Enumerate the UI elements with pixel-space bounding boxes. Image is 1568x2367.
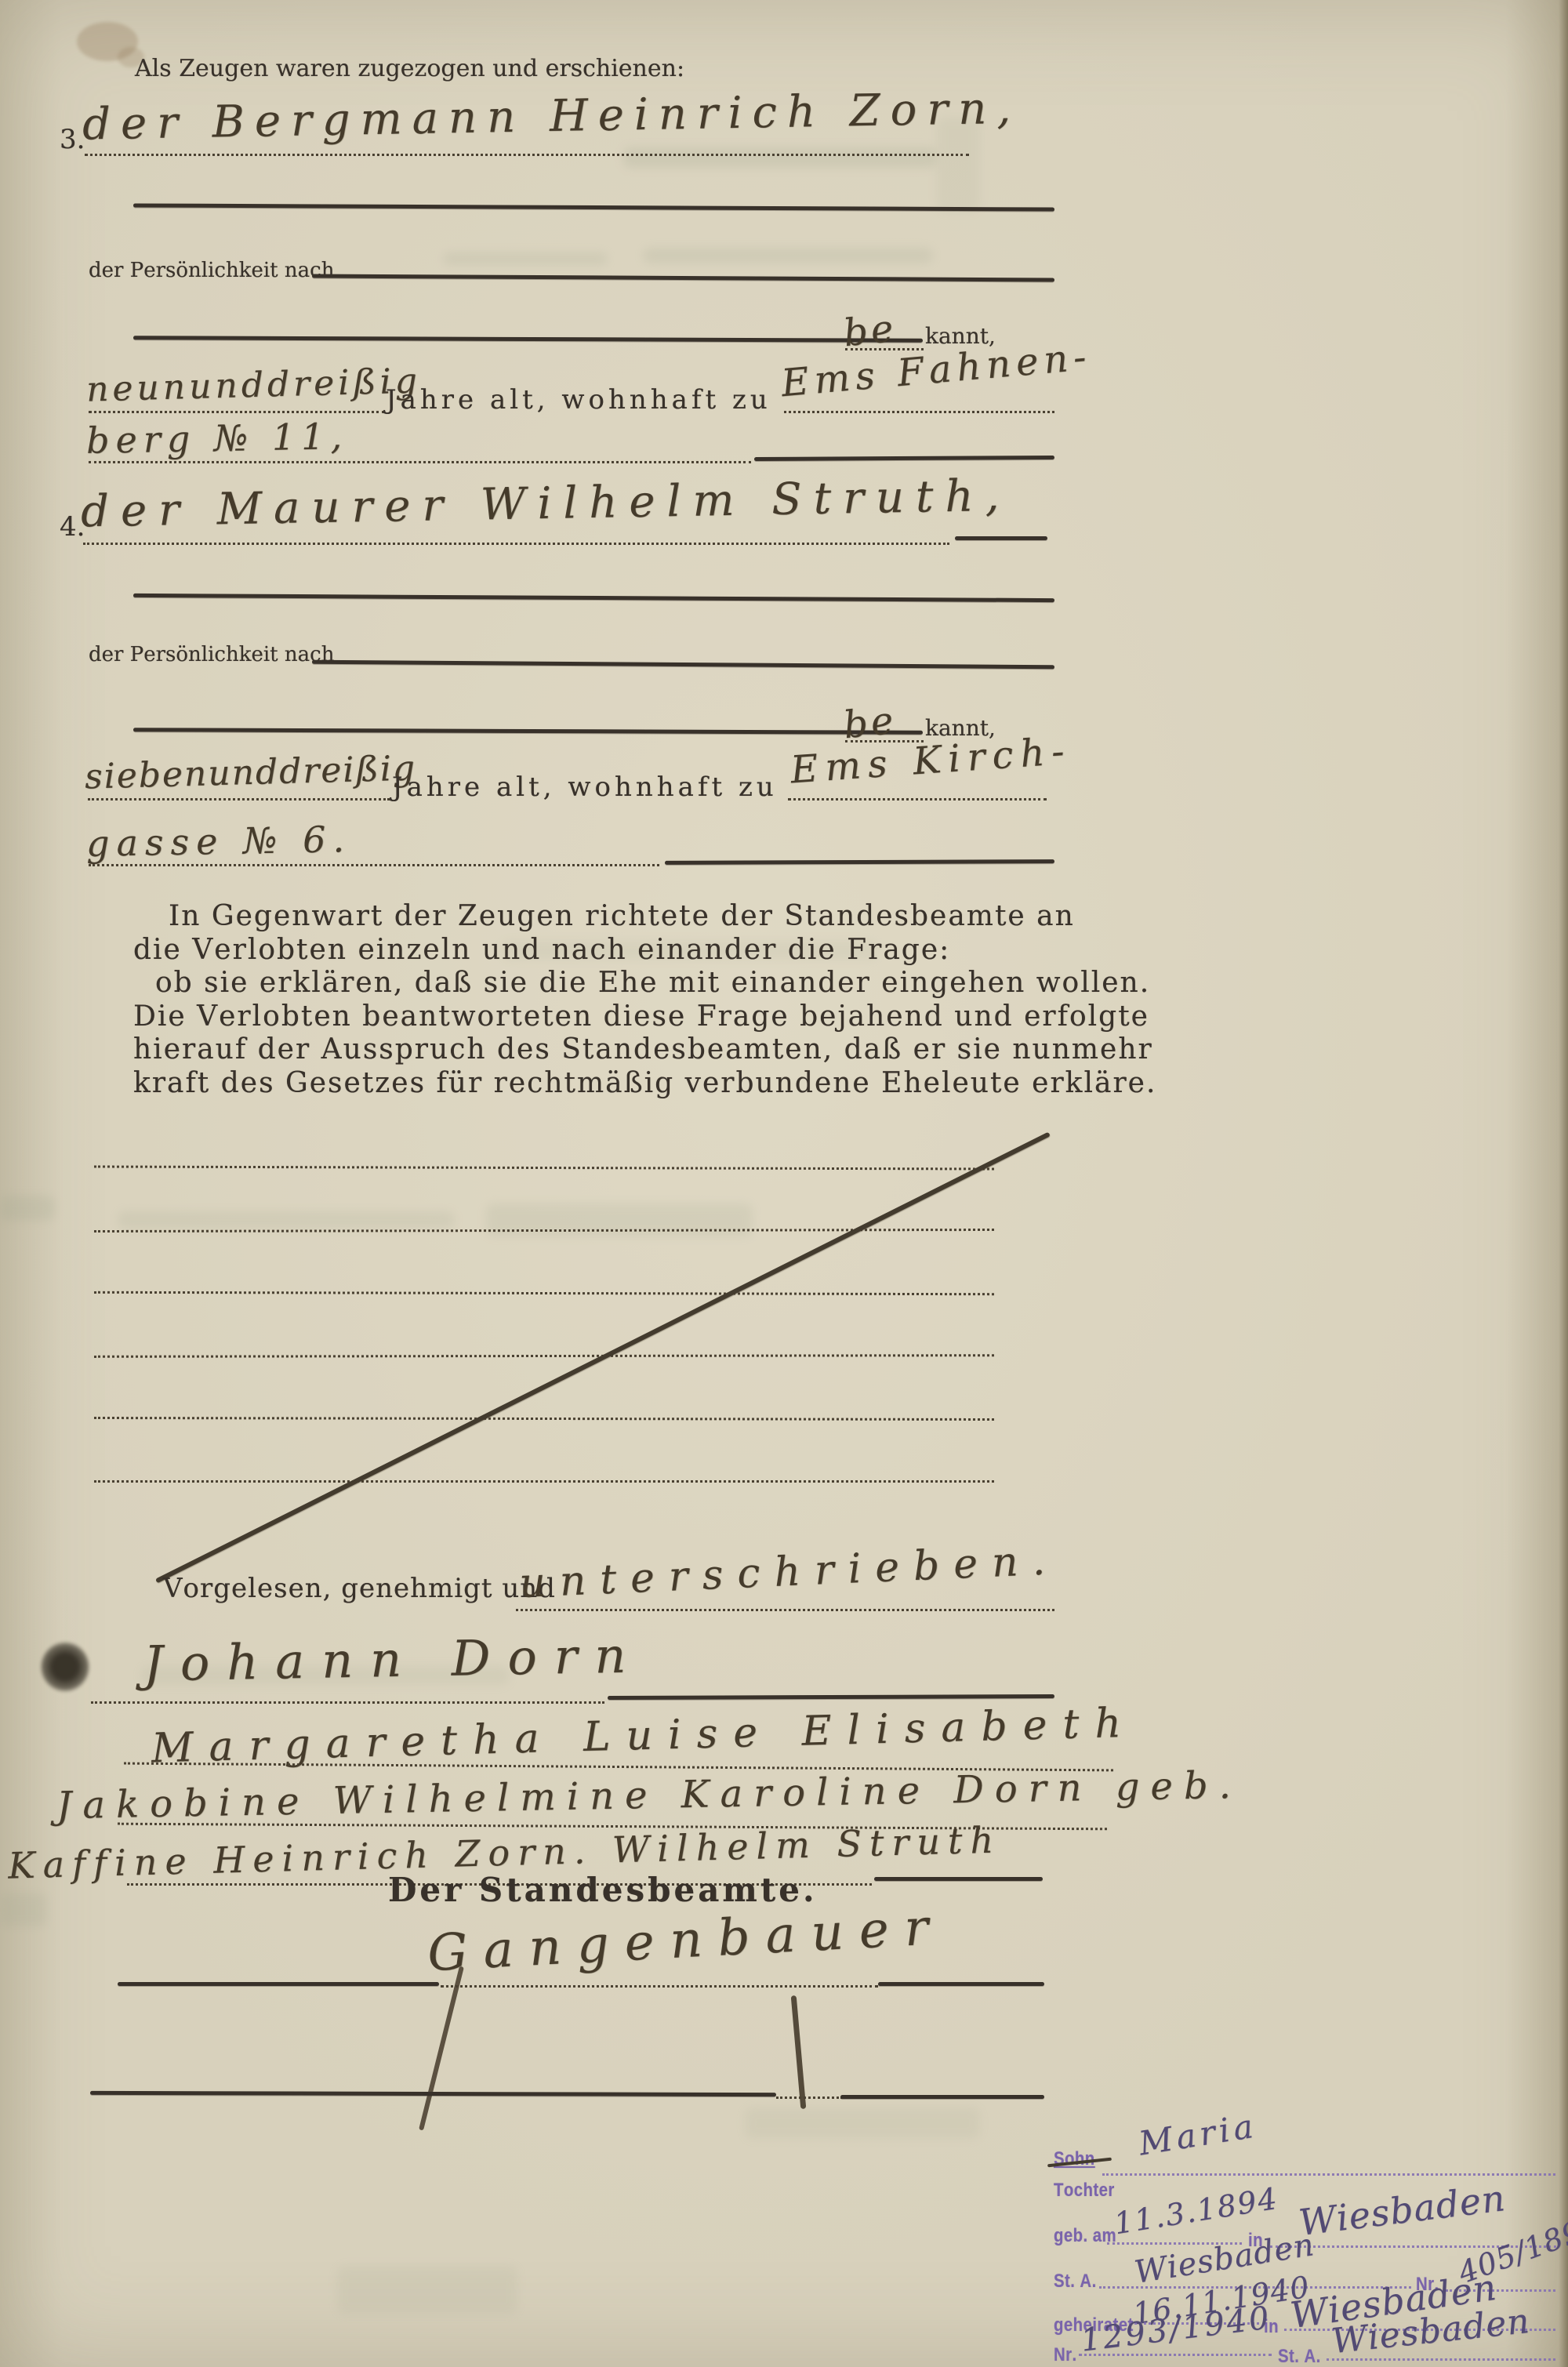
bleed-through <box>643 248 933 263</box>
closing-print: Vorgelesen, genehmigt und <box>163 1573 556 1604</box>
declaration-line: ob sie erklären, daß sie die Ehe mit ein… <box>133 967 1066 1000</box>
rule-line <box>955 536 1047 540</box>
blank-dotted-line <box>94 1165 994 1170</box>
dotted-line <box>516 1609 1054 1611</box>
witness3-name-handwriting: der Bergmann Heinrich Zorn, <box>82 83 1022 151</box>
signature-groom: Johann Dorn <box>143 1626 643 1692</box>
stamp-dotted-line <box>1327 2358 1555 2361</box>
signature-flourish-left <box>419 1966 464 2130</box>
blank-dotted-line <box>94 1480 994 1483</box>
dotted-line <box>788 798 1047 800</box>
bleed-through <box>118 1211 455 1229</box>
rule-line <box>840 2095 1044 2099</box>
witness4-identity-label: der Persönlichkeit nach <box>89 643 334 666</box>
ink-blot <box>41 1642 89 1692</box>
witness4-known-handwriting: be <box>841 699 898 748</box>
witness4-residence-handwriting: Ems Kirch- <box>789 729 1073 793</box>
dotted-line <box>441 1985 878 1988</box>
registrar-label: Der Standesbeamte. <box>388 1871 749 1909</box>
declaration-line: Die Verlobten beantworteten diese Frage … <box>133 1000 1066 1034</box>
dotted-line <box>85 154 969 156</box>
dotted-line <box>784 411 1054 413</box>
witness3-number: 3. <box>60 124 85 155</box>
declaration-line: hierauf der Ausspruch des Standesbeamten… <box>133 1033 1066 1067</box>
witness3-age-handwriting: neununddreißig <box>85 361 421 409</box>
declaration-line: In Gegenwart der Zeugen richtete der Sta… <box>133 900 1066 934</box>
dotted-line <box>89 411 385 413</box>
witness4-age-print: Jahre alt, wohnhaft zu <box>392 771 778 803</box>
rule-line <box>874 1877 1043 1881</box>
witness3-age-print: Jahre alt, wohnhaft zu <box>386 384 771 416</box>
witness-intro: Als Zeugen waren zugezogen und erschiene… <box>135 55 684 82</box>
stamp-nr2-label: Nr. <box>1054 2344 1077 2366</box>
stamp-dotted-line <box>1102 2173 1555 2176</box>
rule-line <box>133 336 923 343</box>
dotted-line <box>89 864 659 866</box>
rule-line <box>133 203 1054 211</box>
stamp-child-name-handwriting: Maria <box>1136 2106 1259 2162</box>
rule-line <box>90 2091 776 2097</box>
stamp-born-place-handwriting: Wiesbaden <box>1297 2176 1508 2244</box>
bleed-through <box>0 1196 55 1221</box>
declaration-line: kraft des Gesetzes für rechtmäßig verbun… <box>133 1067 1066 1101</box>
stamp-dotted-line <box>1079 2354 1272 2356</box>
bleed-through <box>443 252 608 265</box>
stamp-sta2-label: St. A. <box>1278 2346 1321 2367</box>
dotted-line <box>83 543 949 545</box>
closing-handwriting: unterschrieben. <box>518 1537 1060 1607</box>
rule-line <box>133 594 1054 602</box>
rule-line <box>878 1982 1044 1986</box>
bleed-through <box>337 2266 517 2314</box>
rule-line <box>608 1694 1054 1700</box>
rule-line <box>665 859 1054 865</box>
signature-flourish-right <box>791 1995 807 2109</box>
rule-line <box>754 456 1054 461</box>
bleed-through <box>745 2107 980 2139</box>
rule-line <box>118 1982 439 1986</box>
blank-dotted-line <box>94 1354 994 1358</box>
dotted-line <box>89 461 751 463</box>
rule-line <box>312 274 1054 282</box>
blank-dotted-line <box>94 1291 994 1295</box>
stamp-sta-label: St. A. <box>1054 2271 1097 2293</box>
witness3-identity-label: der Persönlichkeit nach <box>89 259 334 282</box>
dotted-line <box>776 2097 843 2099</box>
witness3-residence2-handwriting: berg № 11, <box>86 415 349 462</box>
stamp-daughter-label: Tochter <box>1054 2180 1115 2202</box>
dotted-line <box>88 798 390 800</box>
declaration-line: die Verlobten einzeln und nach einander … <box>133 934 1066 967</box>
bleed-through <box>623 147 937 168</box>
signature-bride-line2: Jakobine Wilhelmine Karoline Dorn geb. <box>56 1763 1243 1828</box>
blank-dotted-line <box>94 1417 994 1421</box>
witness4-residence2-handwriting: gasse № 6. <box>86 818 352 865</box>
registrar-signature: Gangenbauer <box>426 1898 946 1983</box>
bleed-through <box>0 1893 47 1926</box>
registry-document-page: Als Zeugen waren zugezogen und erschiene… <box>0 0 1568 2367</box>
rule-line <box>312 660 1054 670</box>
rule-line <box>133 728 923 735</box>
witness4-age-handwriting: siebenunddreißig <box>84 748 416 797</box>
dotted-line <box>91 1701 604 1704</box>
declaration-paragraph: In Gegenwart der Zeugen richtete der Sta… <box>133 900 1066 1100</box>
witness3-known-handwriting: be <box>841 307 898 356</box>
signature-bride-line1: Margaretha Luise Elisabeth <box>151 1700 1137 1773</box>
witness4-name-handwriting: der Maurer Wilhelm Struth, <box>81 470 1011 538</box>
